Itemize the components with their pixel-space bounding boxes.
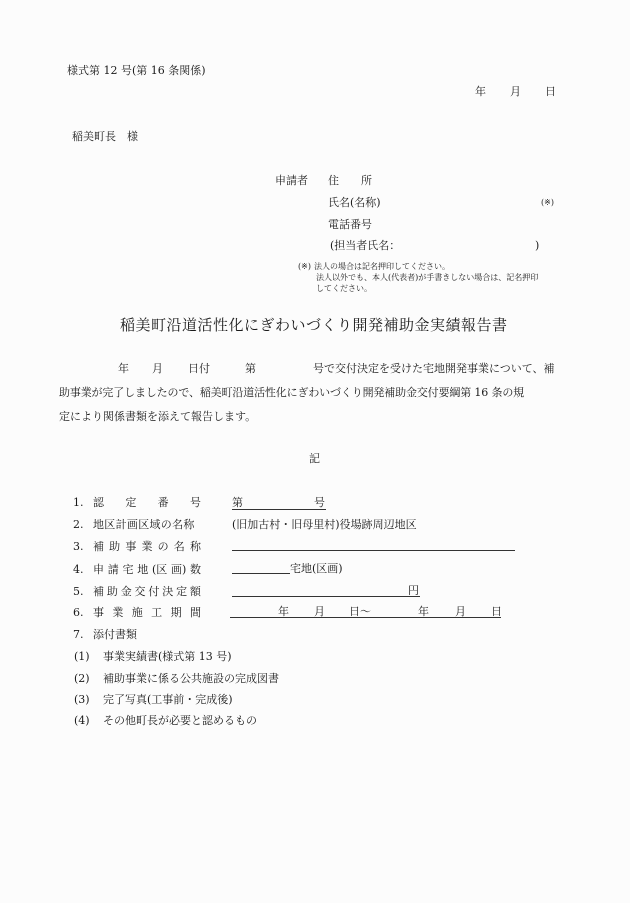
item-num: 2. xyxy=(73,519,84,530)
item-label: 補助事業の名称 xyxy=(93,541,201,552)
name-label: 氏名(名称) xyxy=(328,197,381,208)
addressee: 稲美町長 様 xyxy=(72,131,138,142)
certification-number-field[interactable] xyxy=(232,509,326,510)
attachment-text: その他町長が必要と認めるもの xyxy=(103,715,257,726)
item-num: 1. xyxy=(73,497,84,508)
item-num: 4. xyxy=(73,564,84,575)
item-label: 認 定 番 号 xyxy=(93,497,201,508)
lot-count-field[interactable] xyxy=(232,573,290,574)
period-year-1: 年 xyxy=(278,606,289,617)
value-suffix: 円 xyxy=(408,585,419,596)
attachment-text: 完了写真(工事前・完成後) xyxy=(103,694,233,705)
period-day-2: 日 xyxy=(491,606,502,617)
body-no-prefix: 第 xyxy=(245,363,256,374)
item-label: 事業施工期間 xyxy=(93,607,201,618)
attachment-num: (1) xyxy=(74,651,90,662)
period-day-1: 日〜 xyxy=(349,606,371,617)
date-day-label: 日 xyxy=(545,86,556,97)
item-num: 5. xyxy=(73,586,84,597)
contact-name-close: ) xyxy=(535,240,539,251)
item-num: 7. xyxy=(73,629,84,640)
item-label: 補助金交付決定額 xyxy=(93,586,201,597)
document-title: 稲美町沿道活性化にぎわいづくり開発補助金実績報告書 xyxy=(120,318,508,333)
applicant-label: 申請者 xyxy=(275,175,308,186)
note-line-3: してください。 xyxy=(316,285,372,293)
item-label: 地区計画区域の名称 xyxy=(93,519,195,530)
attachment-text: 補助事業に係る公共施設の完成図書 xyxy=(103,673,279,684)
body-line-3: 定により関係書類を添えて報告します。 xyxy=(59,411,256,422)
form-number: 様式第 12 号(第 16 条関係) xyxy=(67,65,206,76)
body-month: 月 xyxy=(152,363,163,374)
value-suffix: 号 xyxy=(314,497,325,508)
construction-period-field[interactable] xyxy=(230,617,501,618)
ki-heading: 記 xyxy=(309,453,320,464)
value-prefix: 第 xyxy=(232,497,243,508)
period-month-1: 月 xyxy=(314,606,325,617)
item-num: 3. xyxy=(73,541,84,552)
body-year: 年 xyxy=(118,363,129,374)
value-suffix: 宅地(区画) xyxy=(290,563,343,574)
attachment-num: (4) xyxy=(74,715,90,726)
date-year-label: 年 xyxy=(475,86,486,97)
address-label: 住 所 xyxy=(328,175,372,186)
phone-label: 電話番号 xyxy=(328,219,372,230)
body-day: 日付 xyxy=(188,363,210,374)
date-month-label: 月 xyxy=(510,86,521,97)
note-mark: (※) xyxy=(298,263,311,271)
attachment-text: 事業実績書(様式第 13 号) xyxy=(103,651,232,662)
grant-amount-field[interactable] xyxy=(232,596,420,597)
project-name-field[interactable] xyxy=(232,550,515,551)
note-line-1: 法人の場合は記名押印してください。 xyxy=(314,263,450,271)
item-label: 申請宅地(区画)数 xyxy=(93,564,201,575)
seal-mark: (※) xyxy=(541,199,554,207)
item-value: (旧加古村・旧母里村)役場跡周辺地区 xyxy=(232,519,417,530)
item-label: 添付書類 xyxy=(93,629,137,640)
body-line-1-rest: 号で交付決定を受けた宅地開発事業について、補 xyxy=(313,363,555,374)
note-line-2: 法人以外でも、本人(代表者)が手書きしない場合は、記名押印 xyxy=(316,274,538,282)
body-line-2: 助事業が完了しましたので、稲美町沿道活性化にぎわいづくり開発補助金交付要綱第 1… xyxy=(59,387,524,398)
attachment-num: (2) xyxy=(74,673,90,684)
period-year-2: 年 xyxy=(418,606,429,617)
period-month-2: 月 xyxy=(455,606,466,617)
item-num: 6. xyxy=(73,607,84,618)
attachment-num: (3) xyxy=(74,694,90,705)
contact-name-open: (担当者氏名： xyxy=(330,240,400,251)
